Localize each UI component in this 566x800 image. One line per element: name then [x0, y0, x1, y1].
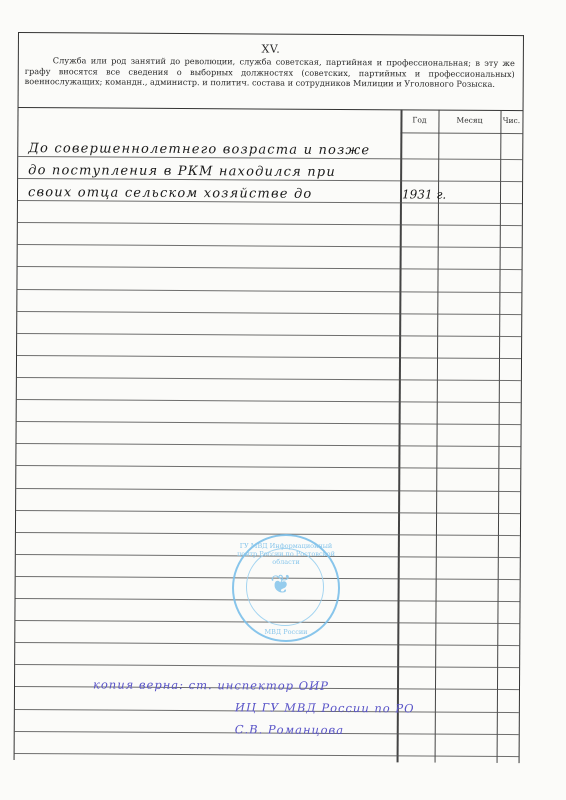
header-divider — [19, 107, 523, 111]
ruled-line — [17, 399, 521, 403]
ruled-line — [16, 465, 520, 469]
column-divider-year — [397, 109, 403, 762]
ruled-line — [18, 222, 522, 226]
certification-line-2: ИЦ ГУ МВД России по РО — [235, 700, 415, 715]
ruled-line — [15, 642, 519, 646]
ruled-line — [16, 510, 520, 514]
ruled-line — [17, 377, 521, 381]
column-divider-day — [497, 110, 502, 763]
entry-line-1: До совершеннолетнего возраста и позже — [28, 141, 370, 158]
ruled-line — [17, 355, 521, 359]
certification-line-1: копия верна: ст. инспектор ОИР — [93, 677, 329, 692]
entry-line-3: своих отца сельском хозяйстве до — [28, 185, 313, 202]
ruled-line — [16, 532, 520, 536]
stamp-bottom-text: МВД России — [234, 628, 338, 636]
ruled-line — [18, 244, 522, 248]
official-stamp: ГУ МВД Информационный центр России по Ро… — [232, 534, 340, 642]
certification-line-3: С.В. Романцова — [235, 722, 344, 737]
eagle-emblem-icon: ❦ — [270, 570, 292, 600]
column-divider-month — [435, 110, 440, 763]
ruled-line — [16, 443, 520, 447]
column-header-year: Год — [400, 115, 438, 124]
ruled-line — [15, 753, 519, 757]
ruled-lines — [19, 33, 523, 36]
entry-year: 1931 г. — [402, 187, 446, 201]
ruled-line — [16, 488, 520, 492]
ruled-line — [17, 289, 521, 293]
entry-line-2: до поступления в РКМ находился при — [28, 163, 336, 180]
ruled-line — [18, 266, 522, 270]
column-header-day: Чис. — [500, 116, 522, 125]
ruled-line — [15, 664, 519, 668]
column-header-month: Месяц — [438, 116, 500, 125]
ruled-line — [17, 311, 521, 315]
section-instructions: Служба или род занятий до революции, слу… — [25, 55, 515, 89]
stamp-text: ГУ МВД Информационный центр России по Ро… — [234, 542, 338, 566]
form-frame: XV. Служба или род занятий до революции,… — [14, 32, 524, 763]
ruled-line — [17, 421, 521, 425]
ruled-line — [17, 333, 521, 337]
